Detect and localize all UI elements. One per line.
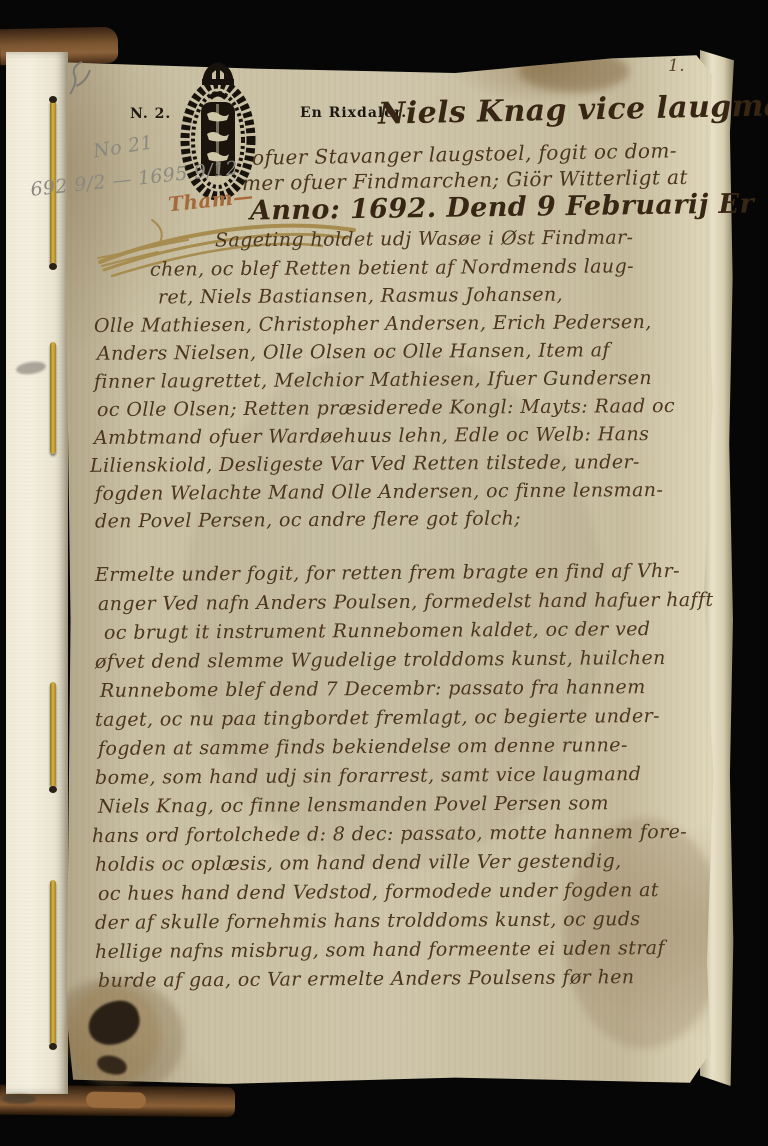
manuscript-line: oc brugt it instrument Runnebomen kaldet… (104, 618, 651, 644)
manuscript-line: fogden Welachte Mand Olle Andersen, oc f… (95, 479, 663, 505)
book-cover-edge-bottom-highlight (86, 1091, 146, 1108)
manuscript-line: Lilienskiold, Desligeste Var Ved Retten … (90, 451, 640, 477)
manuscript-photo: N. 2. En Rixdaler. 1. No 21 692 9/2 — 16… (0, 0, 768, 1146)
manuscript-line: anger Ved nafn Anders Poulsen, formedels… (98, 589, 714, 615)
manuscript-line: oc Olle Olsen; Retten præsiderede Kongl:… (97, 395, 675, 421)
stitch-hole (49, 263, 57, 270)
printed-sheet-number: N. 2. (130, 106, 171, 122)
manuscript-line: Runnebome blef dend 7 Decembr: passato f… (100, 676, 646, 702)
manuscript-line: ret, Niels Bastiansen, Rasmus Johansen, (158, 284, 563, 309)
paper-stain (519, 50, 629, 92)
binding-thread (50, 880, 56, 1045)
manuscript-line: øfvet dend slemme Wgudelige trolddoms ku… (95, 647, 666, 673)
manuscript-line: Ambtmand ofuer Wardøehuus lehn, Edle oc … (94, 423, 649, 449)
manuscript-line: chen, oc blef Retten betient af Nordmend… (150, 255, 634, 280)
stitch-hole (49, 96, 57, 103)
manuscript-line: finner laugrettet, Melchior Mathiesen, I… (94, 367, 652, 393)
manuscript-line: holdis oc oplæsis, om hand dend ville Ve… (95, 850, 622, 876)
flyleaf-page (6, 52, 68, 1094)
manuscript-line: fogden at samme finds bekiendelse om den… (98, 734, 628, 760)
binding-thread (50, 342, 56, 454)
folio-number: 1. (668, 56, 685, 76)
stitch-hole (49, 1043, 57, 1050)
manuscript-line: bome, som hand udj sin forarrest, samt v… (95, 763, 641, 789)
manuscript-line: der af skulle fornehmis hans trolddoms k… (95, 908, 641, 934)
manuscript-line: hans ord fortolchede d: 8 dec: passato, … (92, 821, 687, 847)
manuscript-line: Anders Nielsen, Olle Olsen oc Olle Hanse… (97, 339, 610, 365)
flyleaf-smudge-bottom (2, 1094, 36, 1104)
manuscript-line: den Povel Persen, oc andre flere got fol… (95, 508, 521, 533)
manuscript-line: Olle Mathiesen, Christopher Andersen, Er… (94, 311, 652, 337)
manuscript-line: Sageting holdet udj Wasøe i Øst Findmar- (215, 227, 634, 252)
manuscript-line: taget, oc nu paa tingbordet fremlagt, oc… (95, 705, 660, 731)
stitch-hole (49, 786, 57, 793)
manuscript-line: burde af gaa, oc Var ermelte Anders Poul… (98, 966, 635, 992)
manuscript-line: oc hues hand dend Vedstod, formodede und… (98, 879, 659, 905)
binding-thread (50, 682, 56, 787)
pencil-scribble (64, 56, 98, 100)
manuscript-line: Niels Knag, oc finne lensmanden Povel Pe… (98, 792, 609, 818)
manuscript-line: Ermelte under fogit, for retten frem bra… (95, 560, 680, 586)
manuscript-line: hellige nafns misbrug, som hand formeent… (95, 937, 665, 963)
